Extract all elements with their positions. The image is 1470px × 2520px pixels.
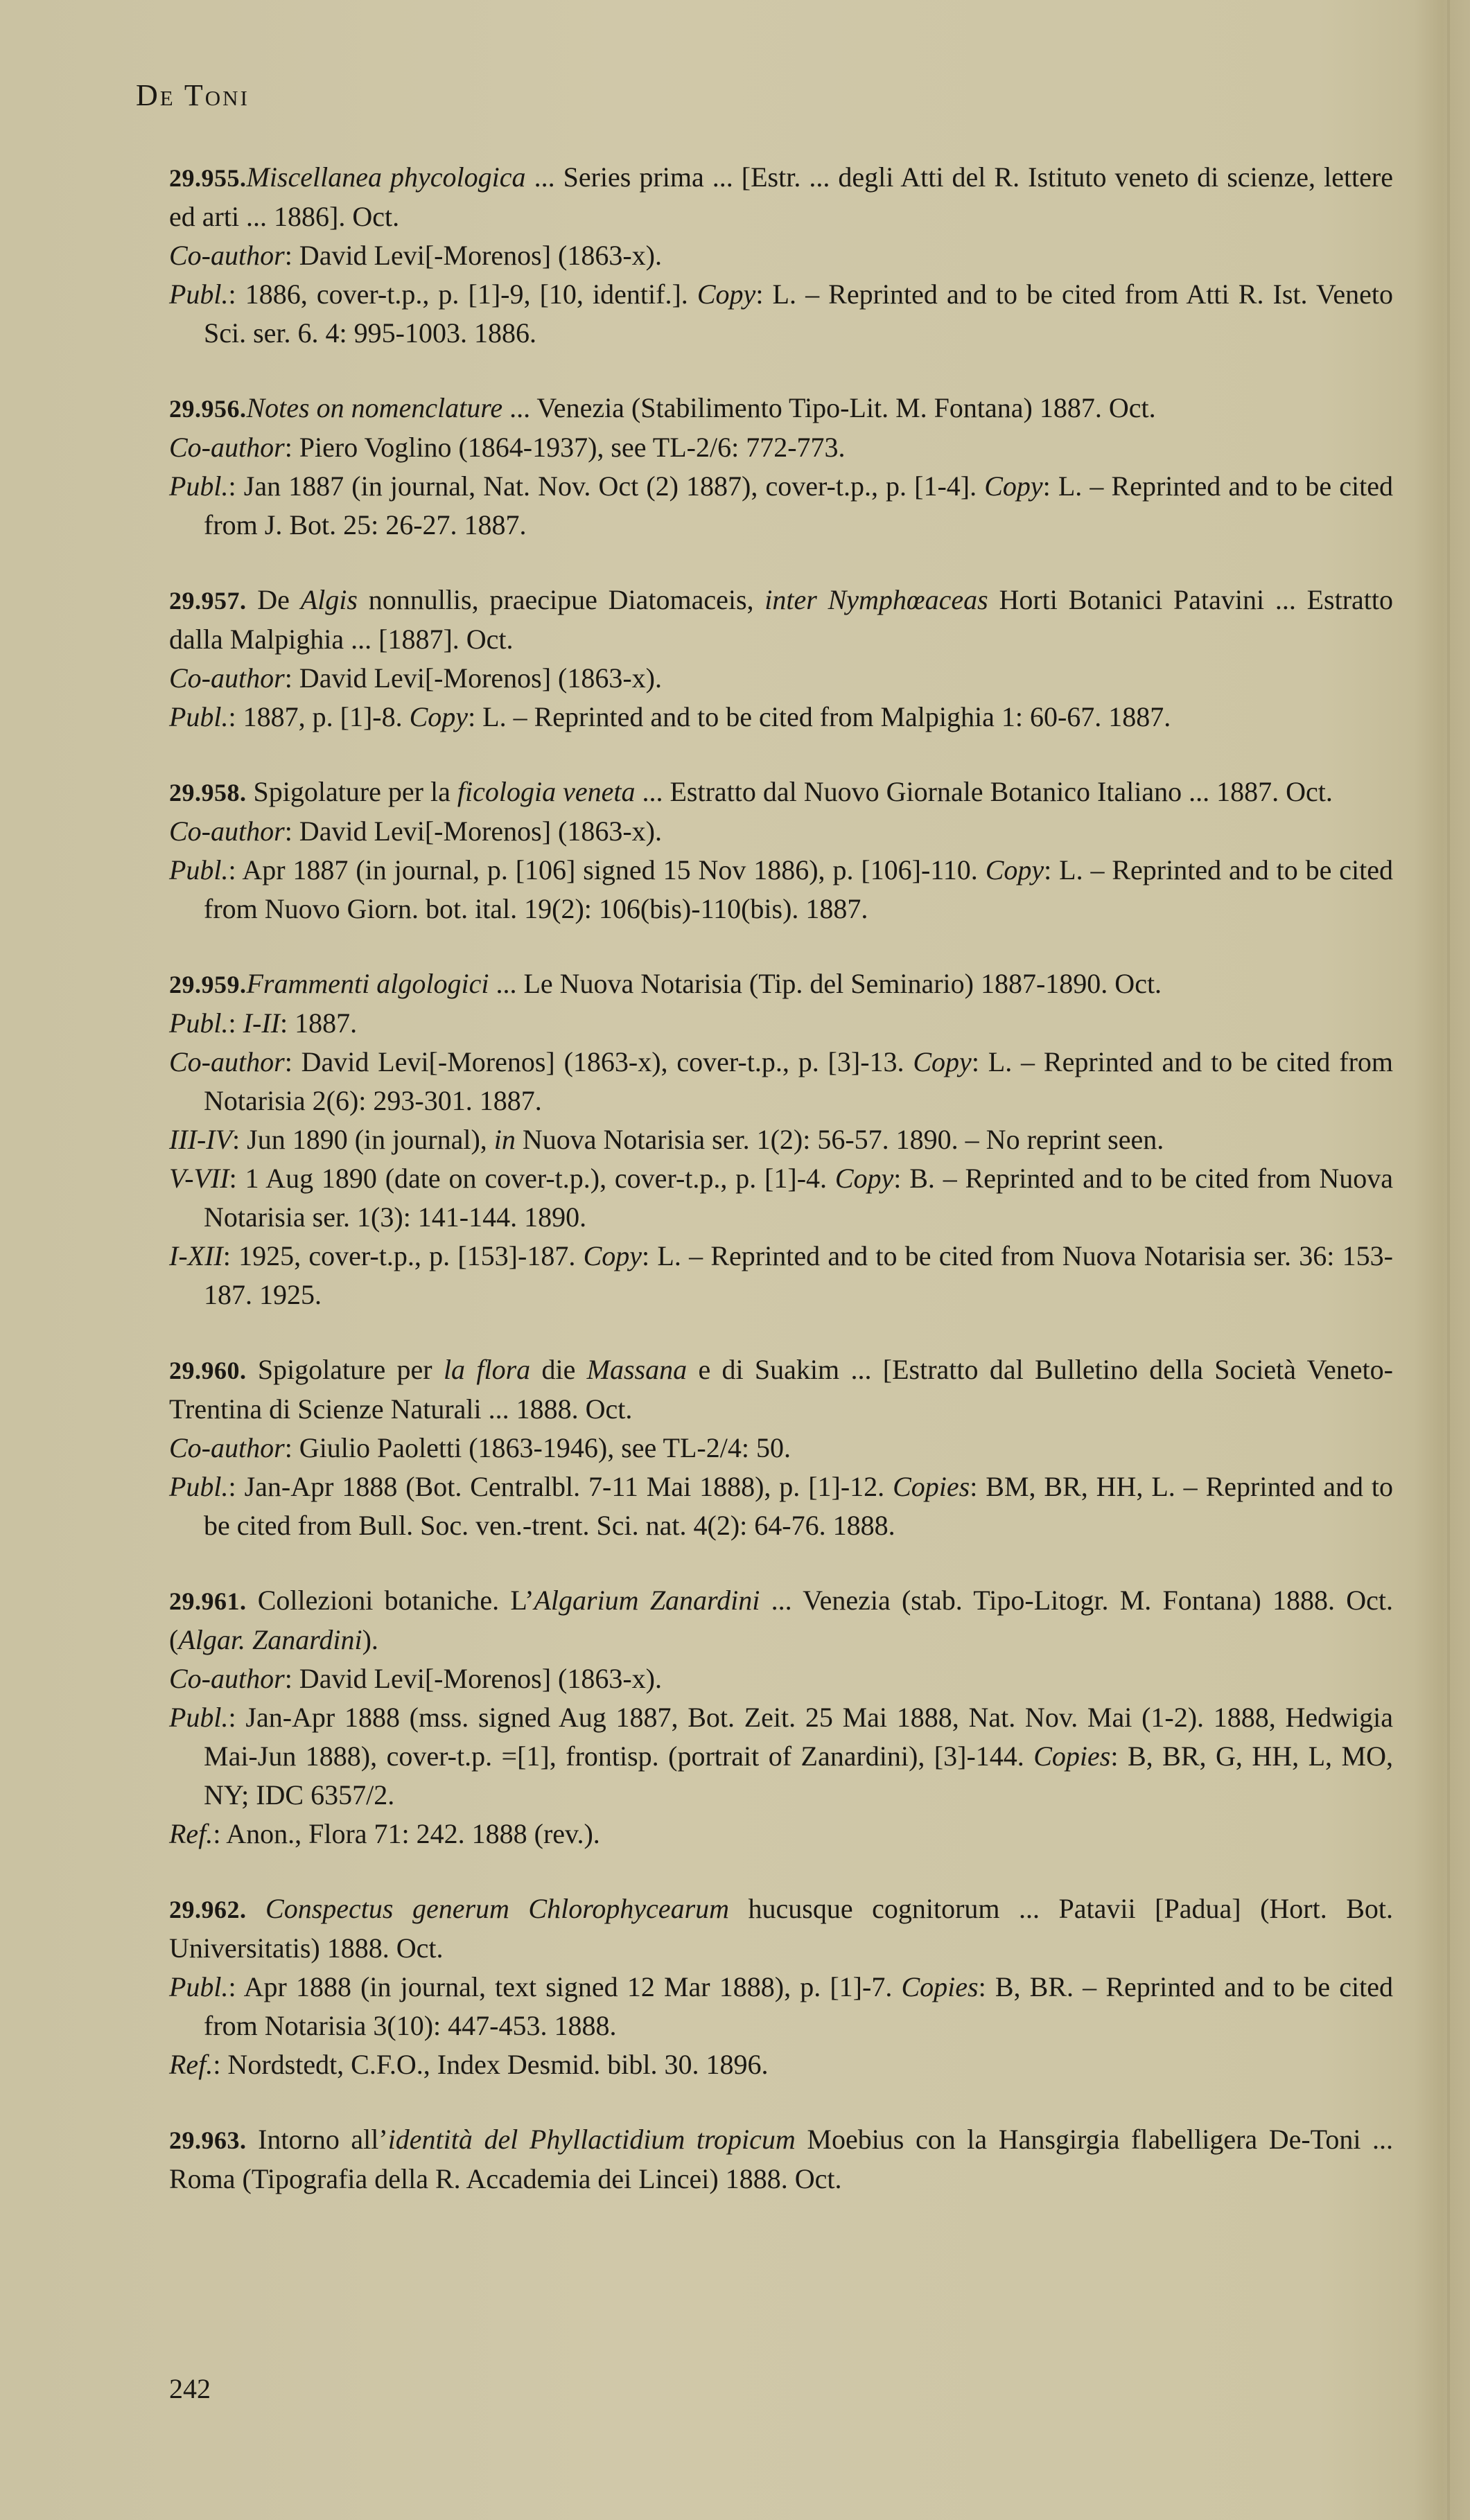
bibliography-entries: 29.955.Miscellanea phycologica ... Serie…: [169, 158, 1393, 2235]
field-text: : 1886, cover-t.p., p. [1]-9, [10, ident…: [229, 279, 697, 310]
title-text: ... Le Nuova Notarisia (Tip. del Seminar…: [489, 968, 1162, 999]
entry: 29.959.Frammenti algologici ... Le Nuova…: [169, 964, 1393, 1314]
entry-field: Ref.: Nordstedt, C.F.O., Index Desmid. b…: [169, 2045, 1393, 2084]
field-label: Publ.: [169, 854, 229, 885]
title-italic: Notes on nomenclature: [247, 392, 503, 423]
entry-field: III-IV: Jun 1890 (in journal), in Nuova …: [169, 1120, 1393, 1159]
entry: 29.956.Notes on nomenclature ... Venezia…: [169, 389, 1393, 545]
page-edge-shadow: [1447, 0, 1450, 2520]
title-text: Intorno all’: [247, 2124, 388, 2155]
entry-field: Co-author: David Levi[-Morenos] (1863-x)…: [169, 659, 1393, 698]
entry: 29.963. Intorno all’identità del Phyllac…: [169, 2120, 1393, 2199]
title-italic: la flora: [444, 1354, 530, 1385]
entry-field: Co-author: Piero Voglino (1864-1937), se…: [169, 428, 1393, 467]
field-label: Co-author: [169, 816, 285, 847]
field-label: Co-author: [169, 432, 285, 463]
entry-title: 29.962. Conspectus generum Chlorophycear…: [169, 1889, 1393, 1968]
entry-field: Co-author: David Levi[-Morenos] (1863-x)…: [169, 236, 1393, 275]
entry-number: 29.963.: [169, 2126, 247, 2154]
entry-title: 29.956.Notes on nomenclature ... Venezia…: [169, 389, 1393, 428]
entry-title: 29.959.Frammenti algologici ... Le Nuova…: [169, 964, 1393, 1004]
entry-number: 29.962.: [169, 1896, 247, 1923]
copy-label: Copy: [835, 1163, 893, 1194]
field-text: : David Levi[-Morenos] (1863-x).: [285, 662, 662, 694]
entry-field: Publ.: 1887, p. [1]-8. Copy: L. – Reprin…: [169, 698, 1393, 737]
entry-title: 29.955.Miscellanea phycologica ... Serie…: [169, 158, 1393, 236]
field-text: : 1925, cover-t.p., p. [153]-187.: [223, 1240, 584, 1271]
copy-label: Copy: [697, 279, 755, 310]
entry-number: 29.956.: [169, 395, 247, 423]
entry-number: 29.959.: [169, 971, 247, 998]
field-label: Co-author: [169, 662, 285, 694]
title-text: Spigolature per: [247, 1354, 444, 1385]
entry-field: Publ.: Apr 1887 (in journal, p. [106] si…: [169, 851, 1393, 928]
field-label: Publ.: [169, 1971, 229, 2002]
entry-field: Co-author: David Levi[-Morenos] (1863-x)…: [169, 1659, 1393, 1698]
title-text: Spigolature per la: [247, 776, 457, 807]
running-head: De Toni: [136, 78, 250, 113]
entry: 29.961. Collezioni botaniche. L’Algarium…: [169, 1581, 1393, 1853]
field-label: Publ.: [169, 1702, 229, 1733]
title-text: ).: [362, 1624, 378, 1655]
field-text: : Giulio Paoletti (1863-1946), see TL-2/…: [285, 1432, 791, 1463]
title-italic: Algar. Zanardini: [178, 1624, 362, 1655]
field-label: Publ.: [169, 1007, 229, 1039]
entry-number: 29.957.: [169, 587, 247, 615]
field-text: : Jun 1890 (in journal),: [232, 1124, 494, 1155]
entry-number: 29.961.: [169, 1587, 247, 1615]
entry: 29.960. Spigolature per la flora die Mas…: [169, 1350, 1393, 1545]
title-italic: Conspectus generum Chlorophycearum: [265, 1893, 729, 1924]
field-label: III-IV: [169, 1124, 232, 1155]
field-text: : Apr 1888 (in journal, text signed 12 M…: [229, 1971, 902, 2002]
field-text: : Nordstedt, C.F.O., Index Desmid. bibl.…: [213, 2049, 768, 2080]
entry-field: Publ.: Jan-Apr 1888 (Bot. Centralbl. 7-1…: [169, 1468, 1393, 1545]
title-text: ... Estratto dal Nuovo Giornale Botanico…: [635, 776, 1332, 807]
part-text: : 1887.: [280, 1007, 357, 1039]
entry-title: 29.961. Collezioni botaniche. L’Algarium…: [169, 1581, 1393, 1659]
field-label: V-VII: [169, 1163, 229, 1194]
field-label: Publ.: [169, 279, 229, 310]
field-text: : Anon., Flora 71: 242. 1888 (rev.).: [213, 1818, 600, 1849]
entry-field: Ref.: Anon., Flora 71: 242. 1888 (rev.).: [169, 1815, 1393, 1853]
entry: 29.958. Spigolature per la ficologia ven…: [169, 773, 1393, 928]
field-text: Nuova Notarisia ser. 1(2): 56-57. 1890. …: [516, 1124, 1164, 1155]
entry: 29.955.Miscellanea phycologica ... Serie…: [169, 158, 1393, 353]
entry-field: I-XII: 1925, cover-t.p., p. [153]-187. C…: [169, 1237, 1393, 1314]
field-text: : David Levi[-Morenos] (1863-x).: [285, 1663, 662, 1694]
title-text: [247, 1893, 266, 1924]
entry-number: 29.960.: [169, 1357, 247, 1384]
entry-field: Co-author: David Levi[-Morenos] (1863-x)…: [169, 1043, 1393, 1120]
entry-number: 29.958.: [169, 779, 247, 807]
entry-title: 29.963. Intorno all’identità del Phyllac…: [169, 2120, 1393, 2199]
entry: 29.957. De Algis nonnullis, praecipue Di…: [169, 581, 1393, 737]
entry-number: 29.955.: [169, 164, 247, 192]
entry-title: 29.960. Spigolature per la flora die Mas…: [169, 1350, 1393, 1429]
title-italic: Algarium Zanardini: [534, 1585, 760, 1616]
copy-label: Copy: [984, 470, 1042, 502]
copy-label: Copy: [913, 1046, 971, 1077]
copy-text: : L. – Reprinted and to be cited from Ma…: [468, 701, 1171, 732]
entry-field: Co-author: David Levi[-Morenos] (1863-x)…: [169, 812, 1393, 851]
field-label: Publ.: [169, 701, 229, 732]
field-label: Publ.: [169, 470, 229, 502]
field-label: Publ.: [169, 1471, 229, 1502]
field-label: I-XII: [169, 1240, 223, 1271]
entry-field: Publ.: I-II: 1887.: [169, 1004, 1393, 1043]
field-text: : Piero Voglino (1864-1937), see TL-2/6:…: [285, 432, 846, 463]
entry-title: 29.957. De Algis nonnullis, praecipue Di…: [169, 581, 1393, 659]
copy-label: Copies: [893, 1471, 970, 1502]
copy-label: Copy: [986, 854, 1044, 885]
field-text: : David Levi[-Morenos] (1863-x).: [285, 816, 662, 847]
entry-field: Co-author: Giulio Paoletti (1863-1946), …: [169, 1429, 1393, 1468]
title-italic: ficologia veneta: [457, 776, 636, 807]
title-text: Collezioni botaniche. L’: [247, 1585, 534, 1616]
copy-label: Copy: [584, 1240, 642, 1271]
copy-label: Copy: [410, 701, 468, 732]
title-italic: Algis: [301, 584, 358, 615]
entry-field: Publ.: Jan 1887 (in journal, Nat. Nov. O…: [169, 467, 1393, 545]
field-text: : Jan-Apr 1888 (Bot. Centralbl. 7-11 Mai…: [229, 1471, 893, 1502]
field-text: : 1 Aug 1890 (date on cover-t.p.), cover…: [229, 1163, 835, 1194]
field-text: : Jan 1887 (in journal, Nat. Nov. Oct (2…: [229, 470, 985, 502]
field-text: : 1887, p. [1]-8.: [229, 701, 410, 732]
entry-field: Publ.: Jan-Apr 1888 (mss. signed Aug 188…: [169, 1698, 1393, 1815]
field-label: Co-author: [169, 1046, 285, 1077]
field-label: Co-author: [169, 1432, 285, 1463]
title-italic: inter Nymphœaceas: [764, 584, 988, 615]
field-label: Ref.: [169, 1818, 213, 1849]
entry: 29.962. Conspectus generum Chlorophycear…: [169, 1889, 1393, 2084]
title-text: nonnullis, praecipue Diatomaceis,: [358, 584, 764, 615]
field-text: : David Levi[-Morenos] (1863-x), cover-t…: [285, 1046, 913, 1077]
entry-title: 29.958. Spigolature per la ficologia ven…: [169, 773, 1393, 812]
field-label: Co-author: [169, 240, 285, 271]
field-label: Co-author: [169, 1663, 285, 1694]
field-text: :: [229, 1007, 243, 1039]
field-label: Ref.: [169, 2049, 213, 2080]
copy-label: Copies: [901, 1971, 978, 2002]
part-label: I-II: [243, 1007, 280, 1039]
entry-field: V-VII: 1 Aug 1890 (date on cover-t.p.), …: [169, 1159, 1393, 1237]
title-text: De: [247, 584, 301, 615]
entry-field: Publ.: 1886, cover-t.p., p. [1]-9, [10, …: [169, 275, 1393, 353]
title-italic: Massana: [587, 1354, 687, 1385]
field-text: : David Levi[-Morenos] (1863-x).: [285, 240, 662, 271]
title-text: ... Venezia (Stabilimento Tipo-Lit. M. F…: [502, 392, 1156, 423]
title-italic: Frammenti algologici: [247, 968, 489, 999]
field-italic: in: [494, 1124, 516, 1155]
title-italic: Miscellanea phycologica: [247, 161, 526, 193]
field-text: : Apr 1887 (in journal, p. [106] signed …: [229, 854, 986, 885]
entry-field: Publ.: Apr 1888 (in journal, text signed…: [169, 1968, 1393, 2045]
copy-label: Copies: [1033, 1741, 1110, 1772]
page-number: 242: [169, 2372, 211, 2405]
title-text: die: [530, 1354, 587, 1385]
title-italic: identità del Phyllactidium tropicum: [388, 2124, 796, 2155]
